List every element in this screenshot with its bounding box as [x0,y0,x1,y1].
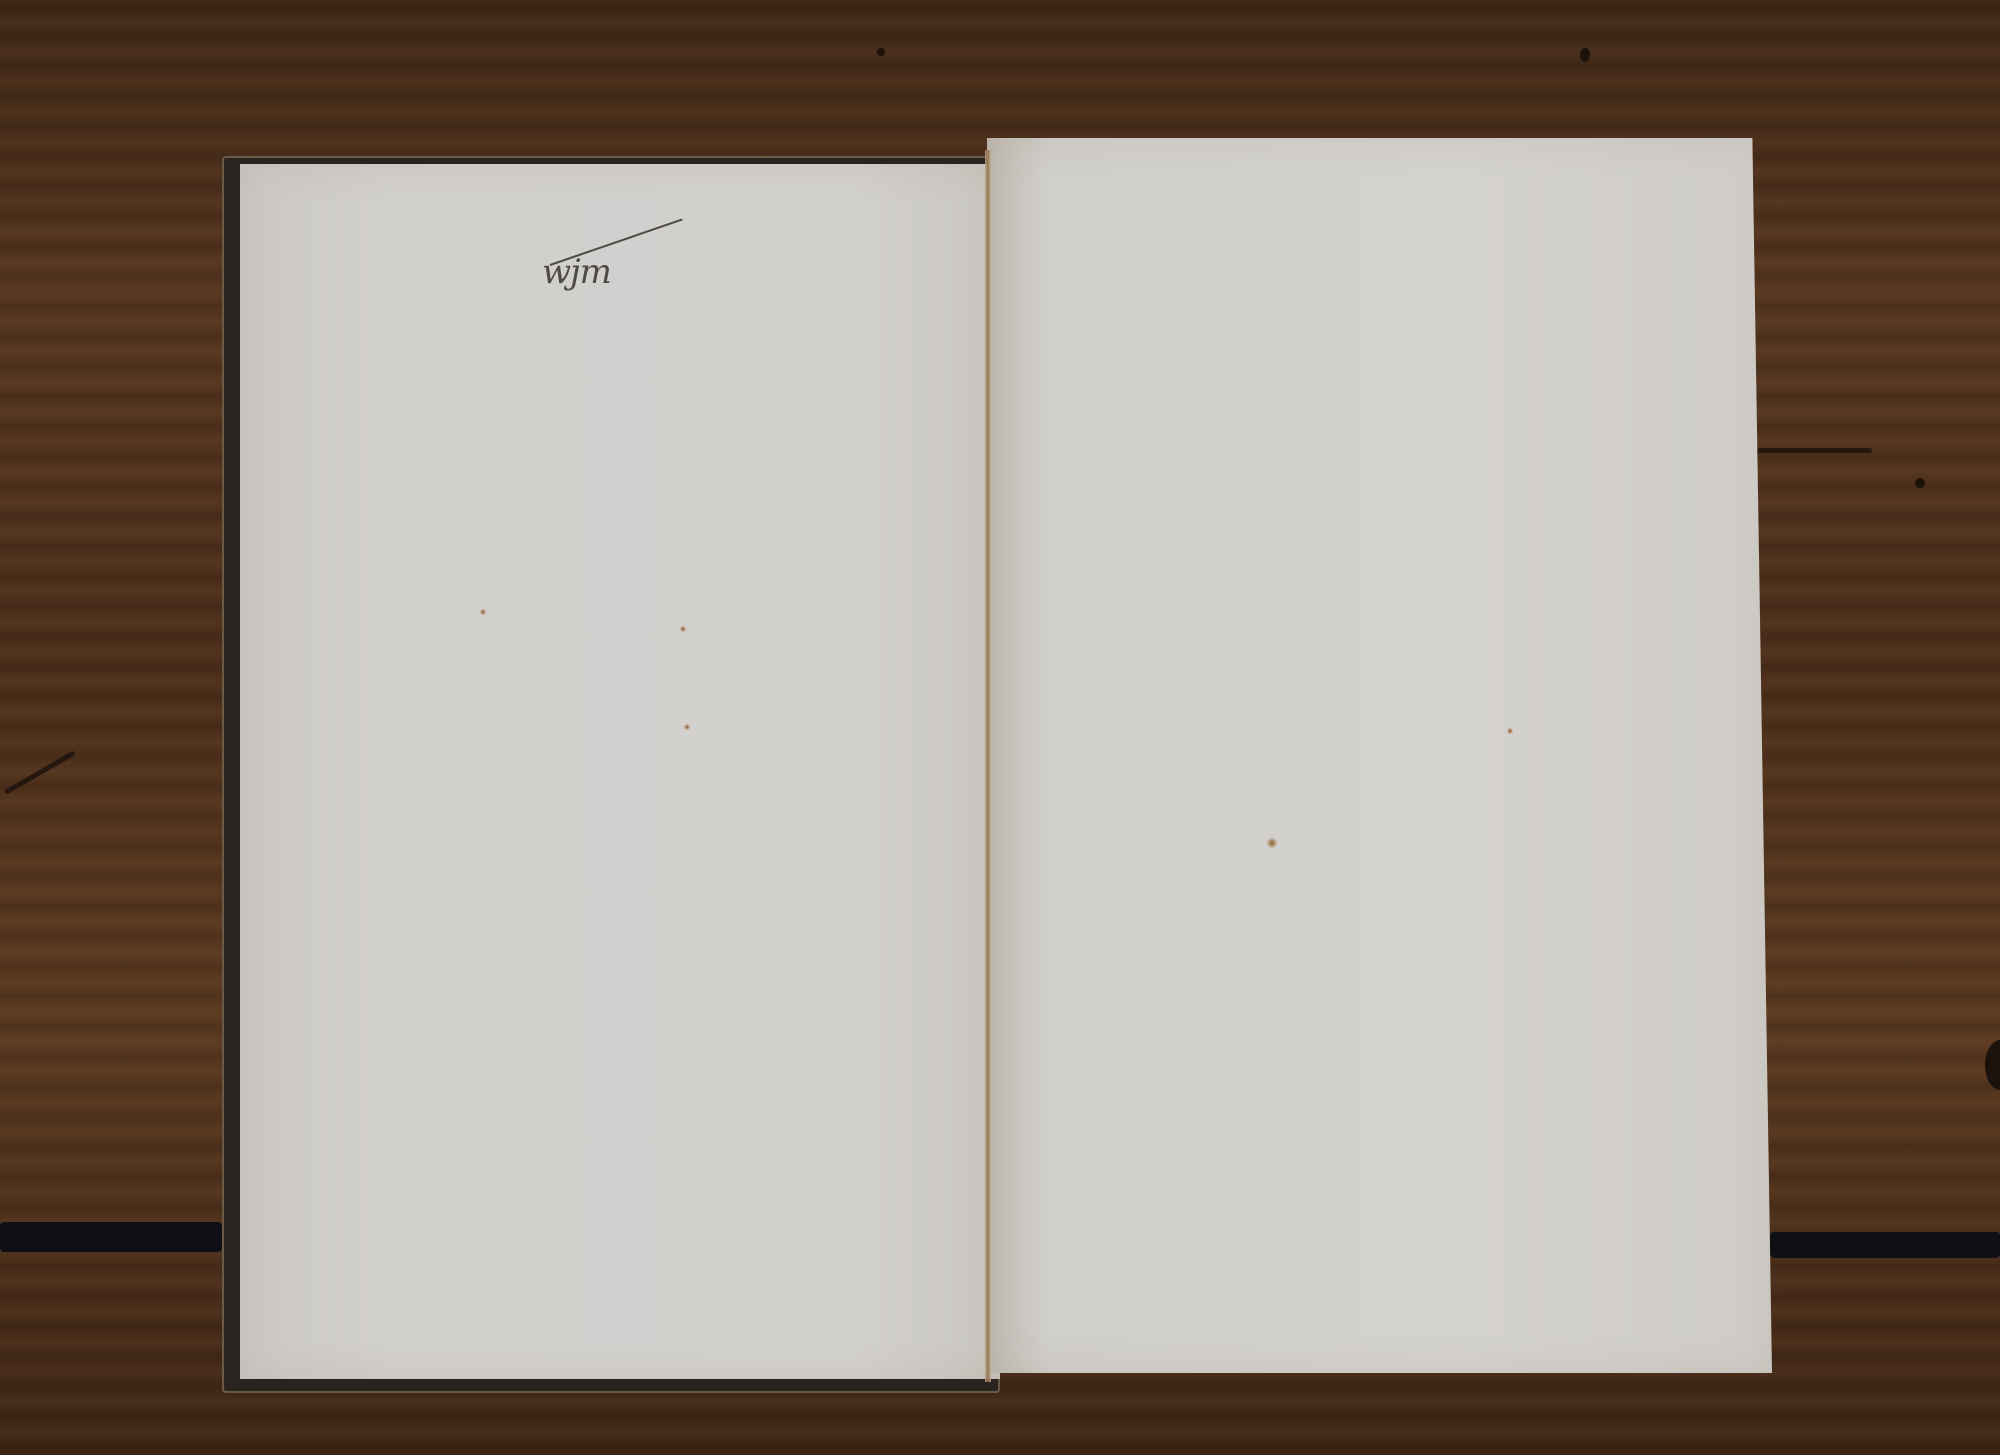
wood-knot [1580,48,1590,62]
wood-knot [1985,1040,2000,1090]
wood-knot [877,48,885,56]
plank-gap-left [0,1222,222,1252]
foxing-spot [480,609,486,615]
open-book: wjm 9/6 [222,150,1772,1395]
right-endpaper: 9/6 [987,138,1772,1373]
foxing-spot [1507,728,1513,734]
book-gutter [985,150,991,1382]
left-endpaper: wjm [240,164,1000,1379]
pencil-inscription-left: wjm [542,252,611,292]
wood-knot [1915,478,1925,488]
plank-gap-right [1770,1232,2000,1258]
wood-grain-crack [4,750,76,794]
foxing-spot [680,626,686,632]
foxing-spot [1267,838,1277,848]
foxing-spot [684,724,690,730]
